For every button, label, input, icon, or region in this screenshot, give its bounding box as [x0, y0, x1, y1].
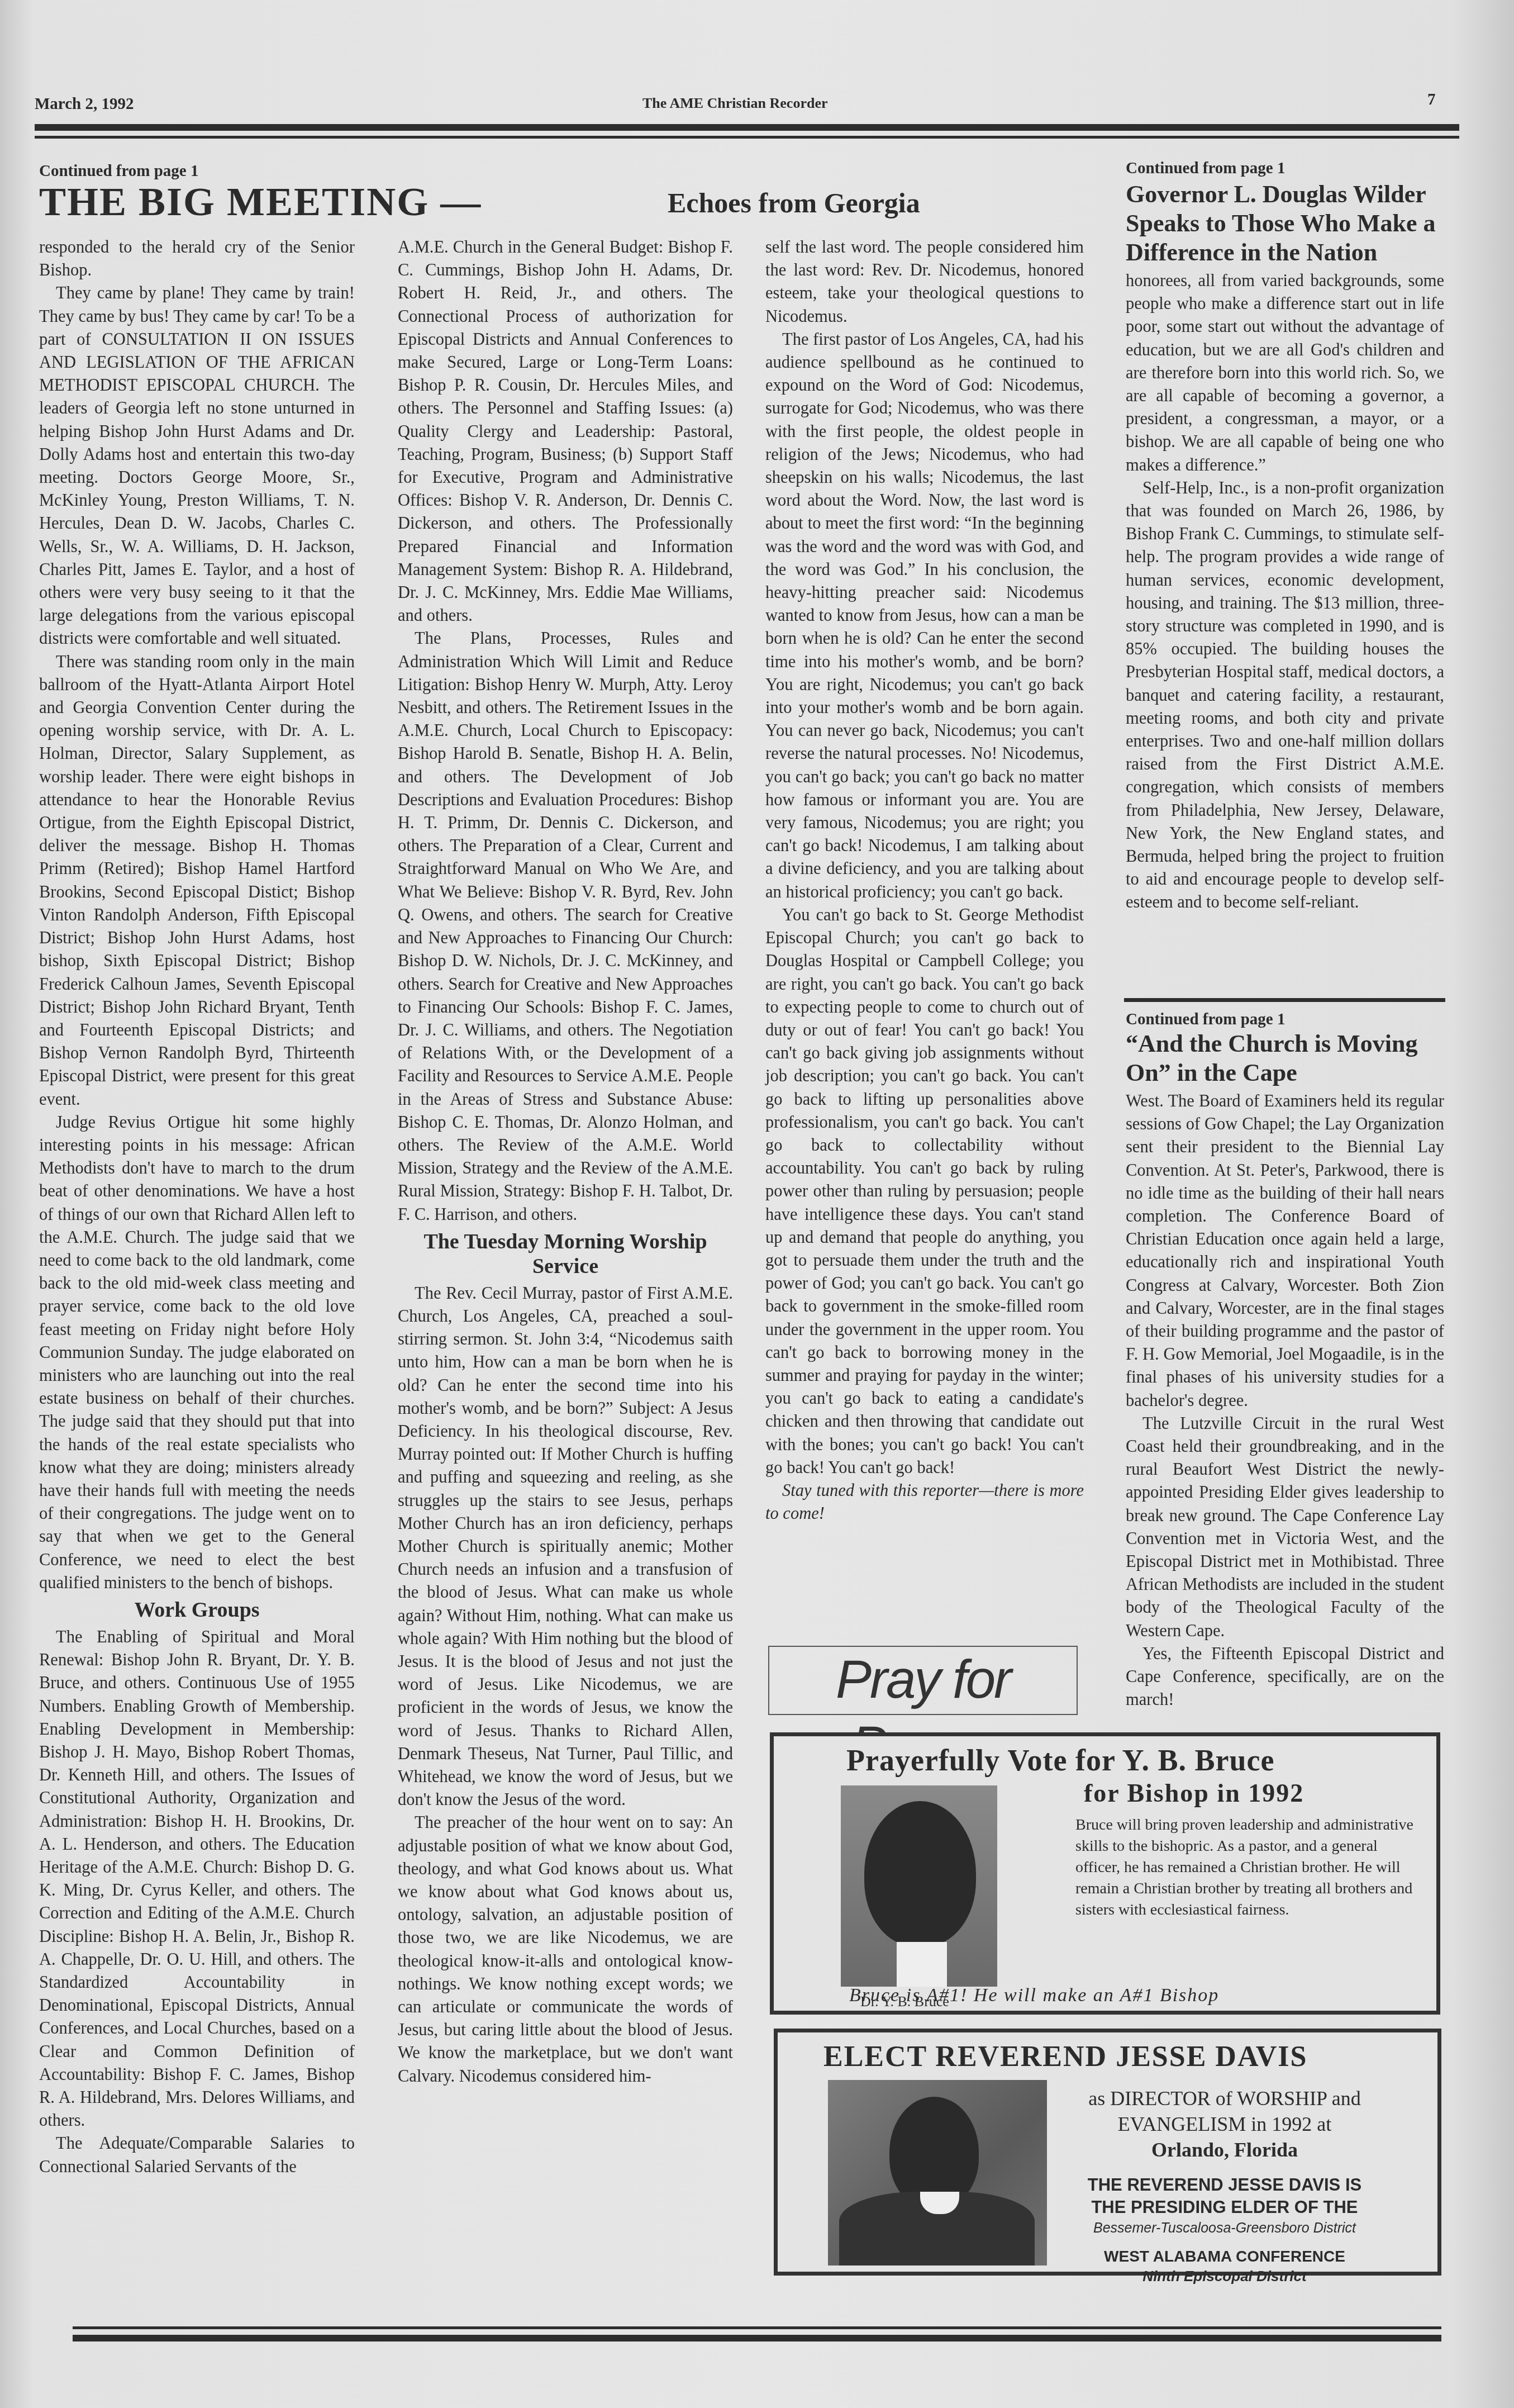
main-article-column-3: self the last word. The people considere…	[765, 236, 1084, 1525]
bruce-photo	[841, 1785, 997, 1987]
footer-rule-thick	[73, 2335, 1441, 2341]
paragraph: The Adequate/Comparable Salaries to Conn…	[39, 2132, 355, 2178]
cape-article-body: West. The Board of Examiners held its re…	[1126, 1090, 1444, 1711]
paragraph: The Plans, Processes, Rules and Administ…	[398, 627, 733, 1226]
davis-ad-details: as DIRECTOR of WORSHIP and EVANGELISM in…	[1068, 2086, 1381, 2286]
paragraph: Judge Revius Ortigue hit some highly int…	[39, 1111, 355, 1594]
masthead-rule-thin	[35, 136, 1459, 139]
masthead-rule-thick	[35, 124, 1459, 131]
cape-headline: “And the Church is Moving On” in the Cap…	[1126, 1029, 1450, 1087]
bruce-ad-headline-2: for Bishop in 1992	[1084, 1778, 1304, 1808]
paragraph: There was standing room only in the main…	[39, 650, 355, 1111]
davis-ad-headline: ELECT REVEREND JESSE DAVIS	[823, 2040, 1307, 2073]
paragraph: West. The Board of Examiners held its re…	[1126, 1090, 1444, 1412]
paragraph: The Lutzville Circuit in the rural West …	[1126, 1412, 1444, 1642]
paragraph: responded to the herald cry of the Senio…	[39, 236, 355, 282]
main-headline: THE BIG MEETING —	[39, 179, 482, 225]
paragraph: They came by plane! They came by train! …	[39, 282, 355, 650]
davis-ad-episcopal-district: Ninth Episcopal District	[1068, 2267, 1381, 2286]
davis-ad-conference: WEST ALABAMA CONFERENCE	[1068, 2246, 1381, 2267]
bruce-ad-tagline: Bruce is A#1! He will make an A#1 Bishop	[849, 1985, 1219, 2006]
davis-ad-statement-1: THE REVEREND JESSE DAVIS IS	[1068, 2174, 1381, 2196]
main-article-column-2: A.M.E. Church in the General Budget: Bis…	[398, 236, 733, 2088]
paragraph: The Rev. Cecil Murray, pastor of First A…	[398, 1282, 733, 1812]
davis-campaign-ad: ELECT REVEREND JESSE DAVIS as DIRECTOR o…	[774, 2029, 1441, 2276]
work-groups-heading: Work Groups	[39, 1598, 355, 1622]
tuesday-worship-heading: The Tuesday Morning Worship Service	[398, 1229, 733, 1279]
davis-ad-line2: EVANGELISM in 1992 at	[1068, 2111, 1381, 2137]
davis-ad-statement-2: THE PRESIDING ELDER OF THE	[1068, 2196, 1381, 2219]
davis-ad-district: Bessemer-Tuscaloosa-Greensboro District	[1068, 2219, 1381, 2238]
pray-for-peace-box: Pray for Peace	[768, 1646, 1078, 1715]
wilder-article-body: honorees, all from varied backgrounds, s…	[1126, 269, 1444, 914]
main-kicker: Continued from page 1	[39, 162, 198, 181]
section-divider	[1124, 998, 1445, 1002]
cape-kicker: Continued from page 1	[1126, 1010, 1285, 1029]
davis-ad-line1: as DIRECTOR of WORSHIP and	[1068, 2086, 1381, 2111]
closing-note: Stay tuned with this reporter—there is m…	[765, 1479, 1084, 1525]
paragraph: You can't go back to St. George Methodis…	[765, 904, 1084, 1479]
main-subheadline: Echoes from Georgia	[668, 187, 920, 219]
paragraph: Self-Help, Inc., is a non-profit organiz…	[1126, 477, 1444, 914]
page-number: 7	[1427, 91, 1436, 109]
davis-photo	[828, 2080, 1047, 2265]
bruce-ad-body: Bruce will bring proven leadership and a…	[1075, 1815, 1422, 1921]
paragraph: A.M.E. Church in the General Budget: Bis…	[398, 236, 733, 627]
wilder-kicker: Continued from page 1	[1126, 159, 1285, 178]
newspaper-page: March 2, 1992 The AME Christian Recorder…	[0, 0, 1514, 2408]
paragraph: honorees, all from varied backgrounds, s…	[1126, 269, 1444, 477]
footer-rule-thin	[73, 2326, 1441, 2329]
bruce-campaign-ad: Prayerfully Vote for Y. B. Bruce for Bis…	[770, 1732, 1440, 2015]
bruce-ad-headline-1: Prayerfully Vote for Y. B. Bruce	[846, 1743, 1274, 1778]
paragraph: The preacher of the hour went on to say:…	[398, 1811, 733, 2087]
publication-name: The AME Christian Recorder	[642, 95, 827, 112]
main-article-column-1: responded to the herald cry of the Senio…	[39, 236, 355, 2178]
davis-ad-location: Orlando, Florida	[1068, 2137, 1381, 2163]
paragraph: The Enabling of Spiritual and Moral Rene…	[39, 1626, 355, 2132]
paragraph: The first pastor of Los Angeles, CA, had…	[765, 328, 1084, 904]
paragraph: Yes, the Fifteenth Episcopal District an…	[1126, 1642, 1444, 1712]
issue-date: March 2, 1992	[35, 95, 134, 113]
wilder-headline: Governor L. Douglas Wilder Speaks to Tho…	[1126, 180, 1450, 267]
paragraph: self the last word. The people considere…	[765, 236, 1084, 328]
